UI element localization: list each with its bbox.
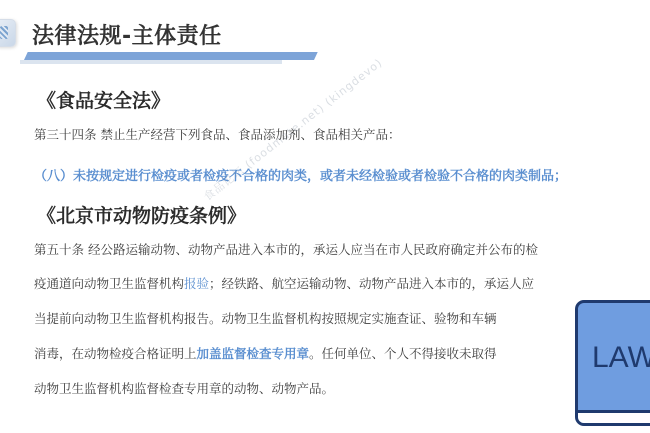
law-title-beijing-regulation: 《北京市动物防疫条例》 xyxy=(37,201,246,228)
emblem-icon xyxy=(0,19,16,47)
book-pages xyxy=(578,410,650,423)
article-50-line-5: 动物卫生监督机构监督检查专用章的动物、动物产品。 xyxy=(34,381,334,397)
law-title-food-safety: 《食品安全法》 xyxy=(37,86,170,113)
law-book-icon: LAW xyxy=(575,300,650,426)
title-underline-shadow xyxy=(20,60,282,64)
highlight-supervision-stamp: 加盖监督检查专用章 xyxy=(197,346,310,361)
slide: 法律法规-主体责任 《食品安全法》 第三十四条 禁止生产经营下列食品、食品添加剂… xyxy=(0,0,650,433)
text-segment: ；经铁路、航空运输动物、动物产品进入本市的，承运人应 xyxy=(209,276,534,291)
article-34-item-8-highlight: （八）未按规定进行检疫或者检疫不合格的肉类，或者未经检验或者检验不合格的肉类制品… xyxy=(34,165,567,184)
text-segment: 动物卫生监督机构监督检查专用章的动物、动物产品。 xyxy=(34,381,334,396)
highlight-inspection-report: 报验 xyxy=(184,276,209,291)
book-label: LAW xyxy=(592,341,650,375)
text-segment: 当提前向动物卫生监督机构报告。动物卫生监督机构按照规定实施查证、验物和车辆 xyxy=(34,311,497,326)
text-segment: 消毒，在动物检疫合格证明上 xyxy=(34,346,197,361)
article-50-line-4: 消毒，在动物检疫合格证明上加盖监督检查专用章。任何单位、个人不得接收未取得 xyxy=(34,346,497,362)
article-50-line-2: 疫通道向动物卫生监督机构报验；经铁路、航空运输动物、动物产品进入本市的，承运人应 xyxy=(34,276,534,292)
article-50-line-1: 第五十条 经公路运输动物、动物产品进入本市的，承运人应当在市人民政府确定并公布的… xyxy=(34,242,538,258)
page-title: 法律法规-主体责任 xyxy=(32,19,222,50)
text-segment: 疫通道向动物卫生监督机构 xyxy=(34,276,184,291)
text-segment: 。任何单位、个人不得接收未取得 xyxy=(309,346,497,361)
article-34-text: 第三十四条 禁止生产经营下列食品、食品添加剂、食品相关产品： xyxy=(34,127,400,143)
title-underline-bar xyxy=(24,52,318,60)
text-segment: 第五十条 经公路运输动物、动物产品进入本市的，承运人应当在市人民政府确定并公布的… xyxy=(34,242,538,257)
article-50-line-3: 当提前向动物卫生监督机构报告。动物卫生监督机构按照规定实施查证、验物和车辆 xyxy=(34,311,497,327)
